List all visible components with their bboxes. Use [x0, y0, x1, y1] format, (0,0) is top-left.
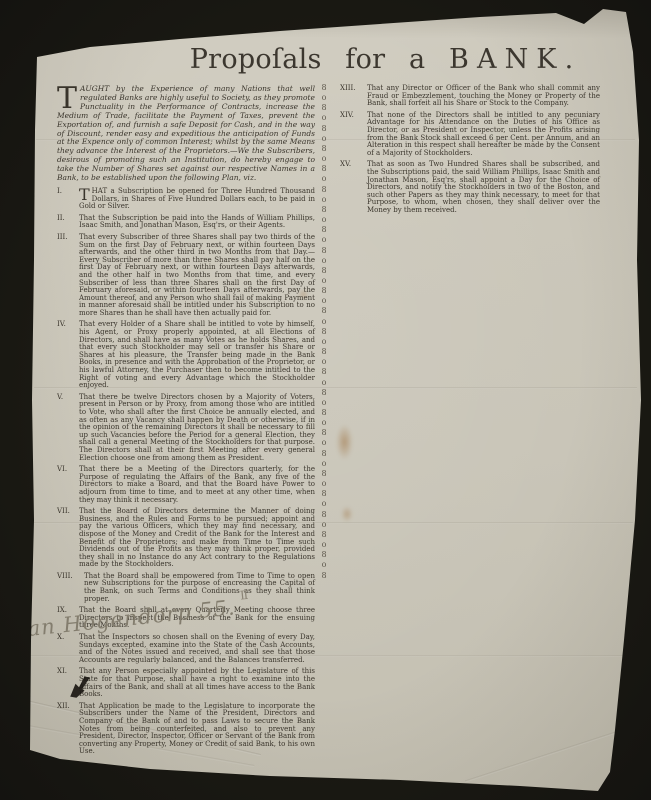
article-text: That any Person especially appointed by …	[79, 668, 315, 698]
article-number: VII.	[57, 508, 79, 569]
article-text: That the Subscription be paid into the H…	[79, 215, 315, 230]
title-prefix: Propoſals for a	[190, 44, 426, 75]
article-v: V. That there be twelve Directors chosen…	[57, 394, 315, 462]
left-column: TAUGHT by the Experience of many Nations…	[57, 85, 315, 760]
article-iv: IV. That every Holder of a Share shall b…	[57, 321, 315, 389]
article-body: HAT a Subscription be opened for Three H…	[79, 187, 315, 210]
article-number: I.	[57, 188, 79, 211]
article-ii: II. That the Subscription be paid into t…	[57, 215, 315, 230]
article-number: X.	[57, 634, 79, 664]
article-number: III.	[57, 234, 79, 318]
stain	[341, 506, 353, 522]
stain	[336, 424, 353, 460]
article-x: X. That the Inspectors so chosen shall o…	[57, 634, 315, 664]
article-text: That there be a Meeting of the Directors…	[79, 466, 315, 504]
article-iii: III. That every Subscriber of three Shar…	[57, 234, 315, 318]
article-vii: VII. That the Board of Directors determi…	[57, 508, 315, 569]
article-xii: XII. That Application be made to the Leg…	[57, 703, 315, 756]
article-text: That the Board of Directors determine th…	[79, 508, 315, 569]
article-xiii: XIII. That any Director or Officer of th…	[340, 85, 600, 108]
article-text: That as soon as Two Hundred Shares shall…	[367, 161, 600, 214]
article-number: XV.	[340, 161, 367, 214]
preamble-text: AUGHT by the Experience of many Nations …	[57, 84, 315, 182]
fold-crease-diagonal	[465, 716, 651, 783]
article-text: That the Inspectors so chosen shall on t…	[79, 634, 315, 664]
article-text: THAT a Subscription be opened for Three …	[79, 188, 315, 211]
scanner-background: Propoſals for a BANK. TAUGHT by the Expe…	[0, 0, 651, 800]
right-column: XIII. That any Director or Officer of th…	[340, 85, 600, 219]
article-number: VIII.	[57, 573, 84, 603]
dropcap-letter: T	[57, 85, 80, 111]
article-number: IV.	[57, 321, 79, 389]
article-text: That any Director or Officer of the Bank…	[367, 85, 600, 108]
article-text: That Application be made to the Legislat…	[79, 703, 315, 756]
annotation-mark: Ⅱ	[239, 588, 250, 603]
article-number: XIII.	[340, 85, 367, 108]
article-i: I. THAT a Subscription be opened for Thr…	[57, 188, 315, 211]
article-text: That there be twelve Directors chosen by…	[79, 394, 315, 462]
page-title: Propoſals for a BANK.	[140, 44, 631, 75]
article-xi: XI. That any Person especially appointed…	[57, 668, 315, 698]
article-text: That every Holder of a Share shall be in…	[79, 321, 315, 389]
preamble-paragraph: TAUGHT by the Experience of many Nations…	[57, 85, 315, 183]
ink-blot-shape	[67, 674, 96, 699]
ink-blot	[67, 674, 96, 699]
dropcap-letter: T	[79, 188, 92, 202]
article-number: II.	[57, 215, 79, 230]
article-xiv: XIV. That none of the Directors shall be…	[340, 112, 600, 158]
article-number: XII.	[57, 703, 79, 756]
chain-ornament-divider: 8 o 8 o 8 o 8 o 8 o 8 o 8 o 8 o 8 o 8 o …	[317, 83, 331, 581]
article-number: VI.	[57, 466, 79, 504]
article-number: XIV.	[340, 112, 367, 158]
document-paper: Propoſals for a BANK. TAUGHT by the Expe…	[0, 0, 651, 800]
article-vi: VI. That there be a Meeting of the Direc…	[57, 466, 315, 504]
article-text: That every Subscriber of three Shares sh…	[79, 234, 315, 318]
article-text: That none of the Directors shall be inti…	[367, 112, 600, 158]
title-bank-word: BANK.	[449, 44, 581, 75]
article-xv: XV. That as soon as Two Hundred Shares s…	[340, 161, 600, 214]
article-number: V.	[57, 394, 79, 462]
